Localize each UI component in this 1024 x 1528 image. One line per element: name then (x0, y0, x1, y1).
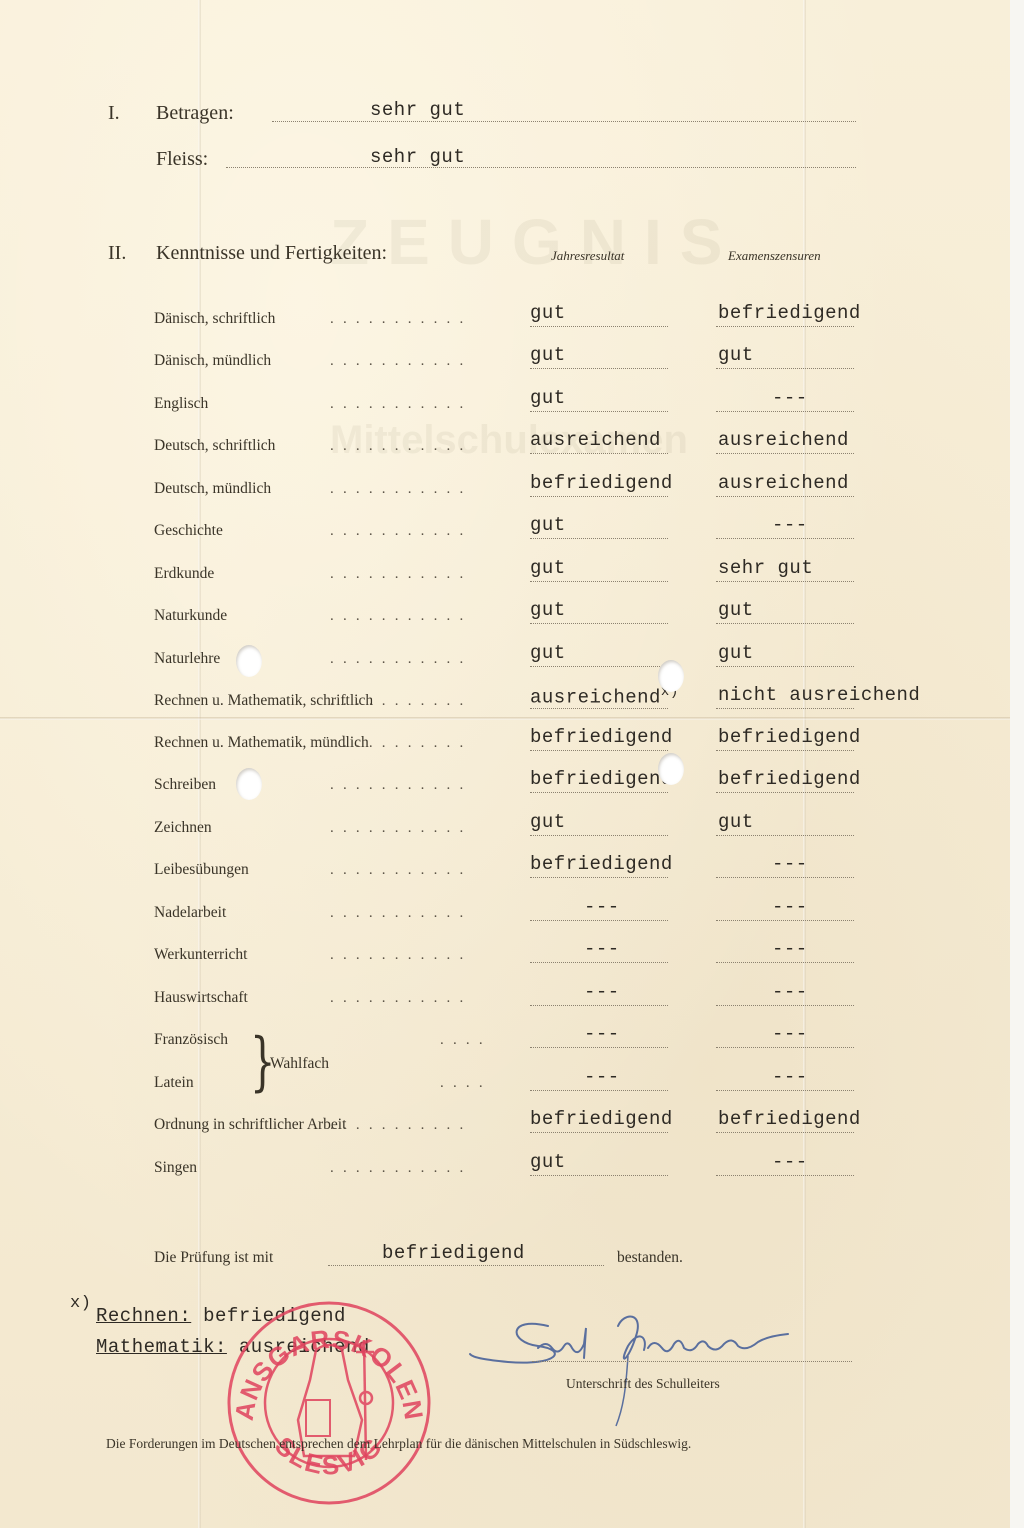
year-grade-line (530, 496, 668, 497)
footnote-marker: x) (70, 1294, 91, 1313)
year-grade-line (530, 792, 668, 793)
year-grade-text: gut (530, 514, 566, 536)
dot-leader: ........... (330, 735, 472, 752)
exam-grade: --- (772, 938, 808, 960)
exam-grade-line (716, 1005, 854, 1006)
year-grade-line (530, 835, 668, 836)
dot-leader: ........... (330, 481, 472, 498)
year-grade: --- (584, 896, 620, 918)
year-grade: ausreichend (530, 429, 661, 451)
dot-leader: ........... (330, 777, 472, 794)
footnote-label-1: Rechnen: (96, 1305, 191, 1327)
dot-leader: ........... (330, 990, 472, 1007)
exam-grade-line (716, 496, 854, 497)
exam-grade-line (716, 666, 854, 667)
subject-name: Erdkunde (154, 565, 214, 583)
year-grade: befriedigend (530, 768, 673, 790)
dot-leader: .... (440, 1075, 492, 1092)
dot-leader: ........... (330, 566, 472, 583)
exam-grade-line (716, 920, 854, 921)
exam-grade-line (716, 877, 854, 878)
dot-leader: ........... (330, 862, 472, 879)
year-grade: gut (530, 599, 566, 621)
section-two-title: Kenntnisse und Fertigkeiten: (156, 242, 387, 265)
exam-grade-line (716, 1132, 854, 1133)
year-grade-text: --- (584, 1023, 620, 1045)
punch-hole (658, 753, 684, 785)
year-grade-text: gut (530, 1151, 566, 1173)
subject-name: Naturlehre (154, 650, 220, 668)
dot-leader: ........... (330, 905, 472, 922)
year-grade-text: befriedigend (530, 726, 673, 748)
conduct-value: sehr gut (370, 99, 465, 121)
svg-text:Svend Johannsen: Svend Johannsen (469, 1306, 476, 1308)
exam-grade: --- (772, 514, 808, 536)
column-header-exam: Examenszensuren (728, 248, 821, 264)
document-paper: ZEUGNIS Mittelschulexamen I. Betragen: s… (0, 0, 1010, 1528)
year-grade: gut (530, 302, 566, 324)
conduct-line (272, 121, 856, 122)
exam-grade: befriedigend (718, 302, 861, 324)
dot-leader: ........... (330, 1160, 472, 1177)
section-one-numeral: I. (108, 102, 120, 125)
year-grade-text: gut (530, 387, 566, 409)
exam-grade-line (716, 368, 854, 369)
fold-line (803, 0, 806, 1528)
year-grade-line (530, 1090, 668, 1091)
year-grade-line (530, 962, 668, 963)
exam-grade-line (716, 1047, 854, 1048)
fold-line (0, 717, 1010, 720)
fold-line (198, 0, 201, 1528)
exam-grade-line (716, 962, 854, 963)
exam-grade: gut (718, 811, 754, 833)
exam-grade-line (716, 750, 854, 751)
year-grade-text: --- (584, 938, 620, 960)
subject-name: Naturkunde (154, 607, 227, 625)
year-grade-text: befriedigend (530, 853, 673, 875)
exam-grade-line (716, 326, 854, 327)
subject-name: Dänisch, schriftlich (154, 310, 275, 328)
year-grade-line (530, 368, 668, 369)
dot-leader: ........... (330, 820, 472, 837)
subject-name: Nadelarbeit (154, 904, 226, 922)
year-grade-line (530, 1132, 668, 1133)
diligence-line (226, 167, 856, 168)
year-grade-line (530, 1047, 668, 1048)
dot-leader: ........... (330, 396, 472, 413)
signature-caption: Unterschrift des Schulleiters (566, 1376, 720, 1392)
punch-hole (658, 660, 684, 692)
year-grade-line (530, 666, 668, 667)
year-grade-text: gut (530, 599, 566, 621)
exam-grade: --- (772, 1023, 808, 1045)
exam-grade: --- (772, 387, 808, 409)
year-grade: befriedigend (530, 1108, 673, 1130)
year-grade-line (530, 581, 668, 582)
exam-grade: --- (772, 1066, 808, 1088)
exam-grade-line (716, 792, 854, 793)
year-grade: befriedigend (530, 726, 673, 748)
exam-grade-line (716, 538, 854, 539)
elective-label: Wahlfach (270, 1055, 329, 1073)
column-header-year: Jahresresultat (551, 248, 624, 264)
year-grade-text: ausreichend (530, 429, 661, 451)
year-grade: gut (530, 811, 566, 833)
subject-name: Schreiben (154, 776, 216, 794)
year-grade: --- (584, 1066, 620, 1088)
exam-grade-line (716, 623, 854, 624)
subject-name: Deutsch, schriftlich (154, 437, 275, 455)
dot-leader: ........... (330, 311, 472, 328)
year-grade: gut (530, 344, 566, 366)
exam-grade: --- (772, 896, 808, 918)
year-grade-text: --- (584, 1066, 620, 1088)
dot-leader: .... (440, 1032, 492, 1049)
principal-signature: Svend Johannsen (468, 1306, 848, 1436)
year-grade-line (530, 411, 668, 412)
result-value: befriedigend (382, 1242, 525, 1264)
diligence-value: sehr gut (370, 146, 465, 168)
exam-grade-line (716, 581, 854, 582)
year-grade-text: ausreichend (530, 686, 661, 708)
year-grade-text: gut (530, 302, 566, 324)
year-grade: gut (530, 642, 566, 664)
year-grade-text: gut (530, 557, 566, 579)
year-grade-line (530, 623, 668, 624)
year-grade-line (530, 750, 668, 751)
year-grade: ausreichendx) (530, 684, 679, 708)
subject-name: Geschichte (154, 522, 223, 540)
year-grade-text: befriedigend (530, 768, 673, 790)
curriculum-note: Die Forderungen im Deutschen entsprechen… (106, 1436, 691, 1452)
subject-name: Zeichnen (154, 819, 212, 837)
subject-name: Hauswirtschaft (154, 989, 248, 1007)
dot-leader: ........... (330, 353, 472, 370)
exam-grade-line (716, 453, 854, 454)
exam-grade-line (716, 1090, 854, 1091)
year-grade-text: gut (530, 344, 566, 366)
subject-name: Werkunterricht (154, 946, 247, 964)
show-through-title: ZEUGNIS (330, 205, 740, 279)
exam-grade-line (716, 835, 854, 836)
footnote-label-2: Mathematik: (96, 1336, 227, 1358)
year-grade: befriedigend (530, 472, 673, 494)
exam-grade: gut (718, 642, 754, 664)
year-grade-text: befriedigend (530, 472, 673, 494)
dot-leader: ........... (330, 438, 472, 455)
exam-grade: nicht ausreichend (718, 684, 920, 706)
year-grade-text: gut (530, 811, 566, 833)
exam-grade-line (716, 708, 854, 709)
year-grade-line (530, 877, 668, 878)
diligence-label: Fleiss: (156, 148, 208, 171)
exam-grade-line (716, 1175, 854, 1176)
year-grade: befriedigend (530, 853, 673, 875)
exam-grade: --- (772, 981, 808, 1003)
year-grade-line (530, 453, 668, 454)
subject-name: Leibesübungen (154, 861, 249, 879)
exam-grade: gut (718, 344, 754, 366)
dot-leader: ........... (330, 651, 472, 668)
subject-name: Deutsch, mündlich (154, 480, 271, 498)
subject-name: Ordnung in schriftlicher Arbeit (154, 1116, 346, 1134)
dot-leader: ........... (330, 693, 472, 710)
year-grade-line (530, 1005, 668, 1006)
dot-leader: ........... (330, 1117, 472, 1134)
exam-grade: gut (718, 599, 754, 621)
result-suffix: bestanden. (617, 1249, 683, 1267)
year-grade-line (530, 920, 668, 921)
conduct-label: Betragen: (156, 102, 234, 125)
year-grade: gut (530, 1151, 566, 1173)
dot-leader: ........... (330, 608, 472, 625)
year-grade: --- (584, 1023, 620, 1045)
exam-grade: sehr gut (718, 557, 813, 579)
result-line (328, 1265, 604, 1266)
exam-grade: befriedigend (718, 726, 861, 748)
dot-leader: ........... (330, 947, 472, 964)
year-grade-text: --- (584, 981, 620, 1003)
result-prefix: Die Prüfung ist mit (154, 1249, 273, 1267)
year-grade-text: gut (530, 642, 566, 664)
year-grade-line (530, 326, 668, 327)
subject-name: Englisch (154, 395, 208, 413)
punch-hole (236, 768, 262, 800)
dot-leader: ........... (330, 523, 472, 540)
exam-grade-line (716, 411, 854, 412)
subject-name: Singen (154, 1159, 197, 1177)
year-grade-text: --- (584, 896, 620, 918)
year-grade-line (530, 1175, 668, 1176)
punch-hole (236, 645, 262, 677)
year-grade-text: befriedigend (530, 1108, 673, 1130)
year-grade: gut (530, 514, 566, 536)
subject-name: Dänisch, mündlich (154, 352, 271, 370)
year-grade-line (530, 538, 668, 539)
year-grade: --- (584, 938, 620, 960)
year-grade: gut (530, 387, 566, 409)
signature-line (532, 1361, 852, 1362)
exam-grade: ausreichend (718, 472, 849, 494)
exam-grade: befriedigend (718, 1108, 861, 1130)
year-grade: --- (584, 981, 620, 1003)
subject-name: Latein (154, 1074, 194, 1092)
exam-grade: --- (772, 1151, 808, 1173)
year-grade: gut (530, 557, 566, 579)
subject-name: Französisch (154, 1031, 228, 1049)
section-two-numeral: II. (108, 242, 126, 265)
exam-grade: befriedigend (718, 768, 861, 790)
exam-grade: --- (772, 853, 808, 875)
exam-grade: ausreichend (718, 429, 849, 451)
school-stamp-icon: ANSGARSKOLEN SLESVIG (226, 1300, 432, 1506)
